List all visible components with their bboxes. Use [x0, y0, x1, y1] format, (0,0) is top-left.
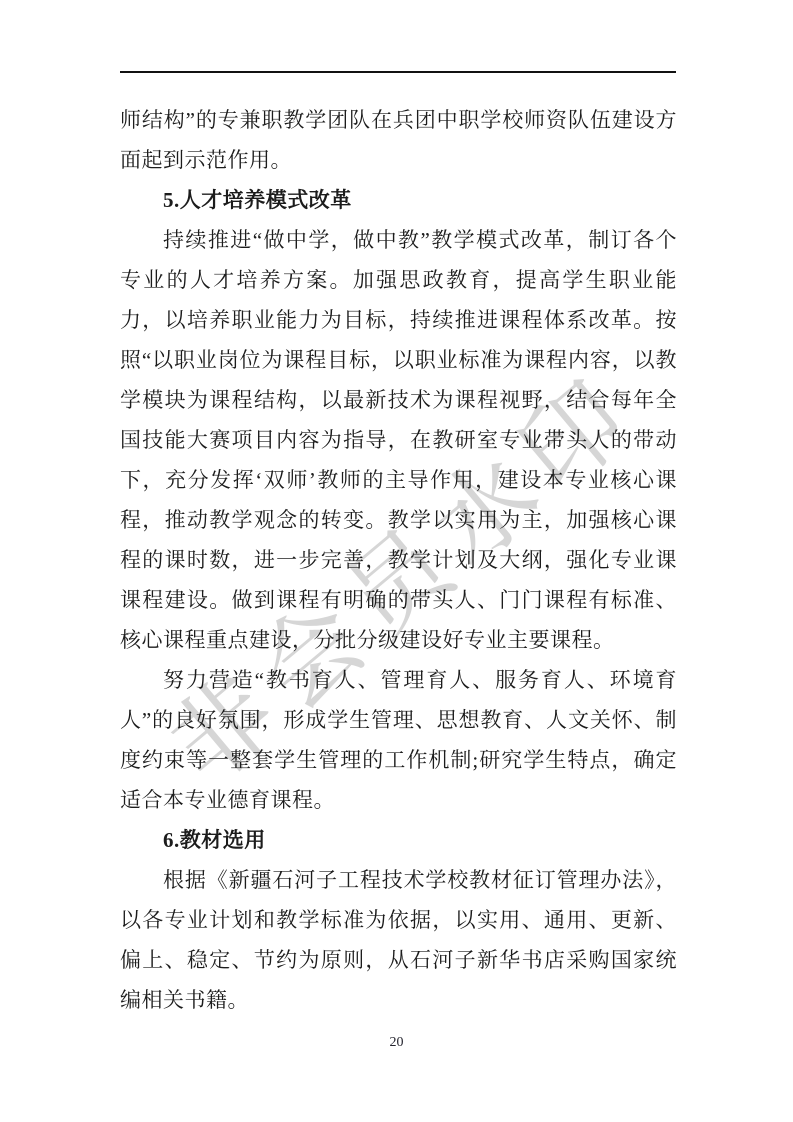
section-heading: 6.教材选用: [120, 820, 677, 860]
header-rule: [120, 71, 676, 73]
body-paragraph: 根据《新疆石河子工程技术学校教材征订管理办法》，以各专业计划和教学标准为依据，以…: [120, 860, 677, 1020]
body-paragraph: 持续推进“做中学，做中教”教学模式改革，制订各个专业的人才培养方案。加强思政教育…: [120, 220, 677, 660]
page-number: 20: [0, 1035, 793, 1051]
body-paragraph: 师结构”的专兼职教学团队在兵团中职学校师资队伍建设方面起到示范作用。: [120, 100, 677, 180]
body-paragraph: 努力营造“教书育人、管理育人、服务育人、环境育人”的良好氛围，形成学生管理、思想…: [120, 660, 677, 820]
document-page: 非会员水印 师结构”的专兼职教学团队在兵团中职学校师资队伍建设方面起到示范作用。…: [0, 0, 793, 1122]
document-body: 师结构”的专兼职教学团队在兵团中职学校师资队伍建设方面起到示范作用。5.人才培养…: [120, 100, 677, 1020]
section-heading: 5.人才培养模式改革: [120, 180, 677, 220]
